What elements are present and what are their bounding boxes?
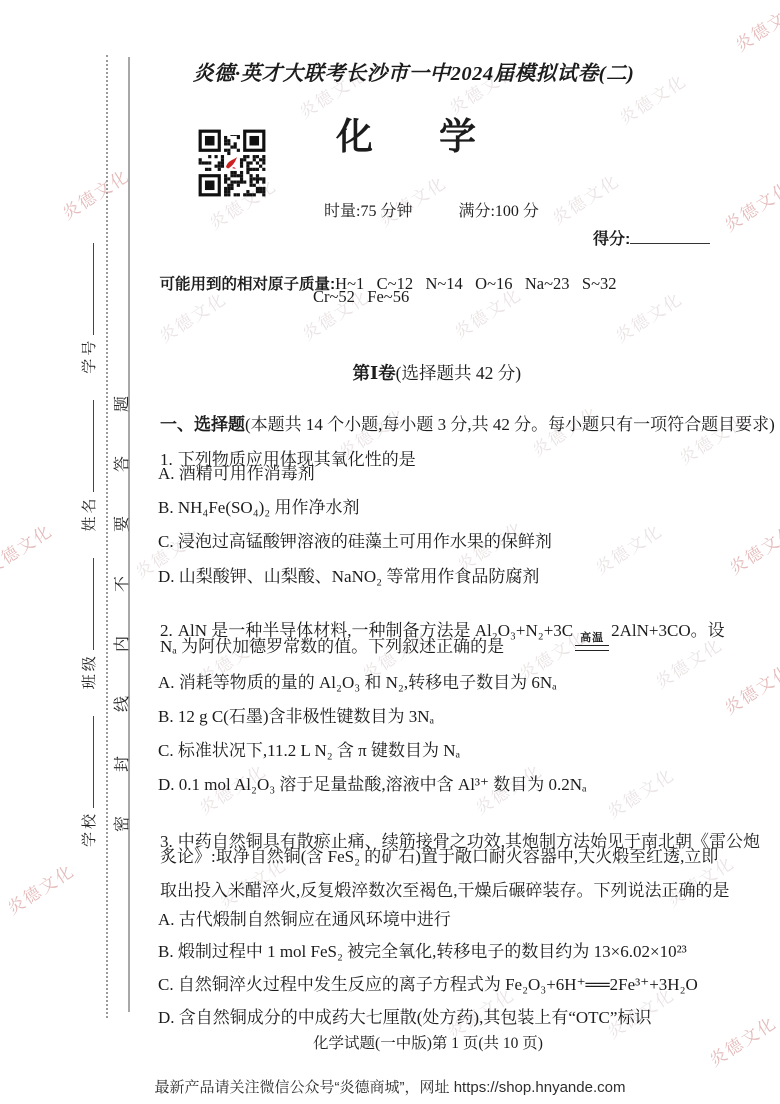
- qr-center-logo: [224, 119, 240, 135]
- question-2-option-a: A. 消耗等物质的量的 Al₂O₃ 和 N₂,转移电子数目为 6Nₐ: [158, 668, 557, 693]
- field-class: 班级: [82, 558, 98, 689]
- question-3-stem-line2: 炙论》:取净自然铜(含 FeS₂ 的矿石)置于敞口耐火容器中,大火煅至红透,立即: [160, 842, 718, 867]
- question-2-stem-line2: Nₐ 为阿伏加德罗常数的值。下列叙述正确的是: [160, 632, 504, 657]
- section-title-bold: 第Ⅰ卷: [352, 363, 395, 383]
- question-2-stem-post: 2AlN+3CO。设: [611, 621, 724, 640]
- field-student-id-label: 学号: [82, 338, 98, 374]
- watermark: 炎德文化: [703, 1009, 780, 1071]
- watermark: 炎德文化: [609, 285, 686, 347]
- field-school: 学校: [82, 716, 98, 847]
- score-label: 得分:: [593, 231, 630, 248]
- student-info-fields: 学校 班级 姓名 学号: [78, 202, 99, 847]
- question-1-option-b: B. NH₄Fe(SO₄)₂ 用作净水剂: [158, 493, 359, 518]
- atomic-mass-line2: Cr~52 Fe~56: [313, 287, 409, 307]
- field-class-blank: [89, 558, 94, 650]
- question-3-option-a: A. 古代煅制自然铜应在通风环境中进行: [158, 905, 451, 930]
- question-3-stem-line3: 取出投入米醋淬火,反复煅淬数次至褐色,干燥后碾碎装存。下列说法正确的是: [160, 876, 730, 901]
- exam-stats: 时量:75 分钟满分:100 分: [308, 180, 539, 239]
- atomic-mass-label: 可能用到的相对原子质量:: [160, 276, 336, 293]
- field-student-id-blank: [89, 243, 94, 335]
- qr-code: [197, 92, 267, 162]
- watermark: 炎德文化: [718, 657, 780, 719]
- question-3-option-d: D. 含自然铜成分的中成药大七厘散(处方药),其包装上有“OTC”标识: [158, 1003, 651, 1028]
- duration-text: 时量:75 分钟: [324, 203, 412, 220]
- seal-dotted-line: [106, 55, 108, 1018]
- question-2-option-d: D. 0.1 mol Al₂O₃ 溶于足量盐酸,溶液中含 Al³⁺ 数目为 0.…: [158, 770, 587, 795]
- question-2-option-b: B. 12 g C(石墨)含非极性键数目为 3Nₐ: [158, 702, 434, 727]
- watermark: 炎德文化: [718, 174, 780, 236]
- reaction-condition: 高温: [575, 633, 609, 651]
- watermark: 炎德文化: [723, 517, 780, 579]
- reaction-condition-bar: [575, 645, 609, 651]
- field-student-id: 学号: [82, 243, 98, 374]
- question-3-option-c: C. 自然铜淬火过程中发生反应的离子方程式为 Fe₂O₃+6H⁺══2Fe³⁺+…: [158, 970, 698, 995]
- page-footer: 化学试题(一中版)第 1 页(共 10 页): [143, 1031, 713, 1053]
- subject-title: 化学: [336, 106, 542, 160]
- watermark: 炎德文化: [1, 857, 78, 919]
- question-3-option-b: B. 煅制过程中 1 mol FeS₂ 被完全氧化,转移电子的数目约为 13×6…: [158, 937, 687, 962]
- question-1-option-d: D. 山梨酸钾、山梨酸、NaNO₂ 等常用作食品防腐剂: [158, 562, 539, 587]
- promo-footer: 最新产品请关注微信公众号“炎德商城”，网址 https://shop.hnyan…: [0, 1076, 780, 1097]
- field-name-blank: [89, 400, 94, 492]
- question-1-option-c: C. 浸泡过高锰酸钾溶液的硅藻土可用作水果的保鲜剂: [158, 527, 552, 552]
- full-score-text: 满分:100 分: [458, 203, 538, 220]
- field-name: 姓名: [82, 400, 98, 531]
- watermark: 炎德文化: [589, 517, 666, 579]
- field-class-label: 班级: [82, 653, 98, 689]
- series-title: 炎德·英才大联考长沙市一中2024届模拟试卷(二): [193, 56, 634, 86]
- section-title-rest: (选择题共 42 分): [396, 363, 521, 383]
- reaction-condition-text: 高温: [575, 633, 609, 644]
- seal-warning-text: 密封线内不要答题: [109, 350, 132, 832]
- field-school-label: 学校: [82, 811, 98, 847]
- score-blank[interactable]: [630, 229, 710, 244]
- question-2-option-c: C. 标准状况下,11.2 L N₂ 含 π 键数目为 Nₐ: [158, 736, 460, 761]
- watermark: 炎德文化: [729, 0, 780, 56]
- field-school-blank: [89, 716, 94, 808]
- question-1-option-a: A. 酒精可用作消毒剂: [158, 459, 315, 484]
- watermark: 炎德文化: [0, 517, 57, 579]
- exam-paper-page: 炎德文化炎德文化炎德文化炎德文化炎德文化炎德文化炎德文化炎德文化炎德文化炎德文化…: [0, 0, 780, 1104]
- field-name-label: 姓名: [82, 495, 98, 531]
